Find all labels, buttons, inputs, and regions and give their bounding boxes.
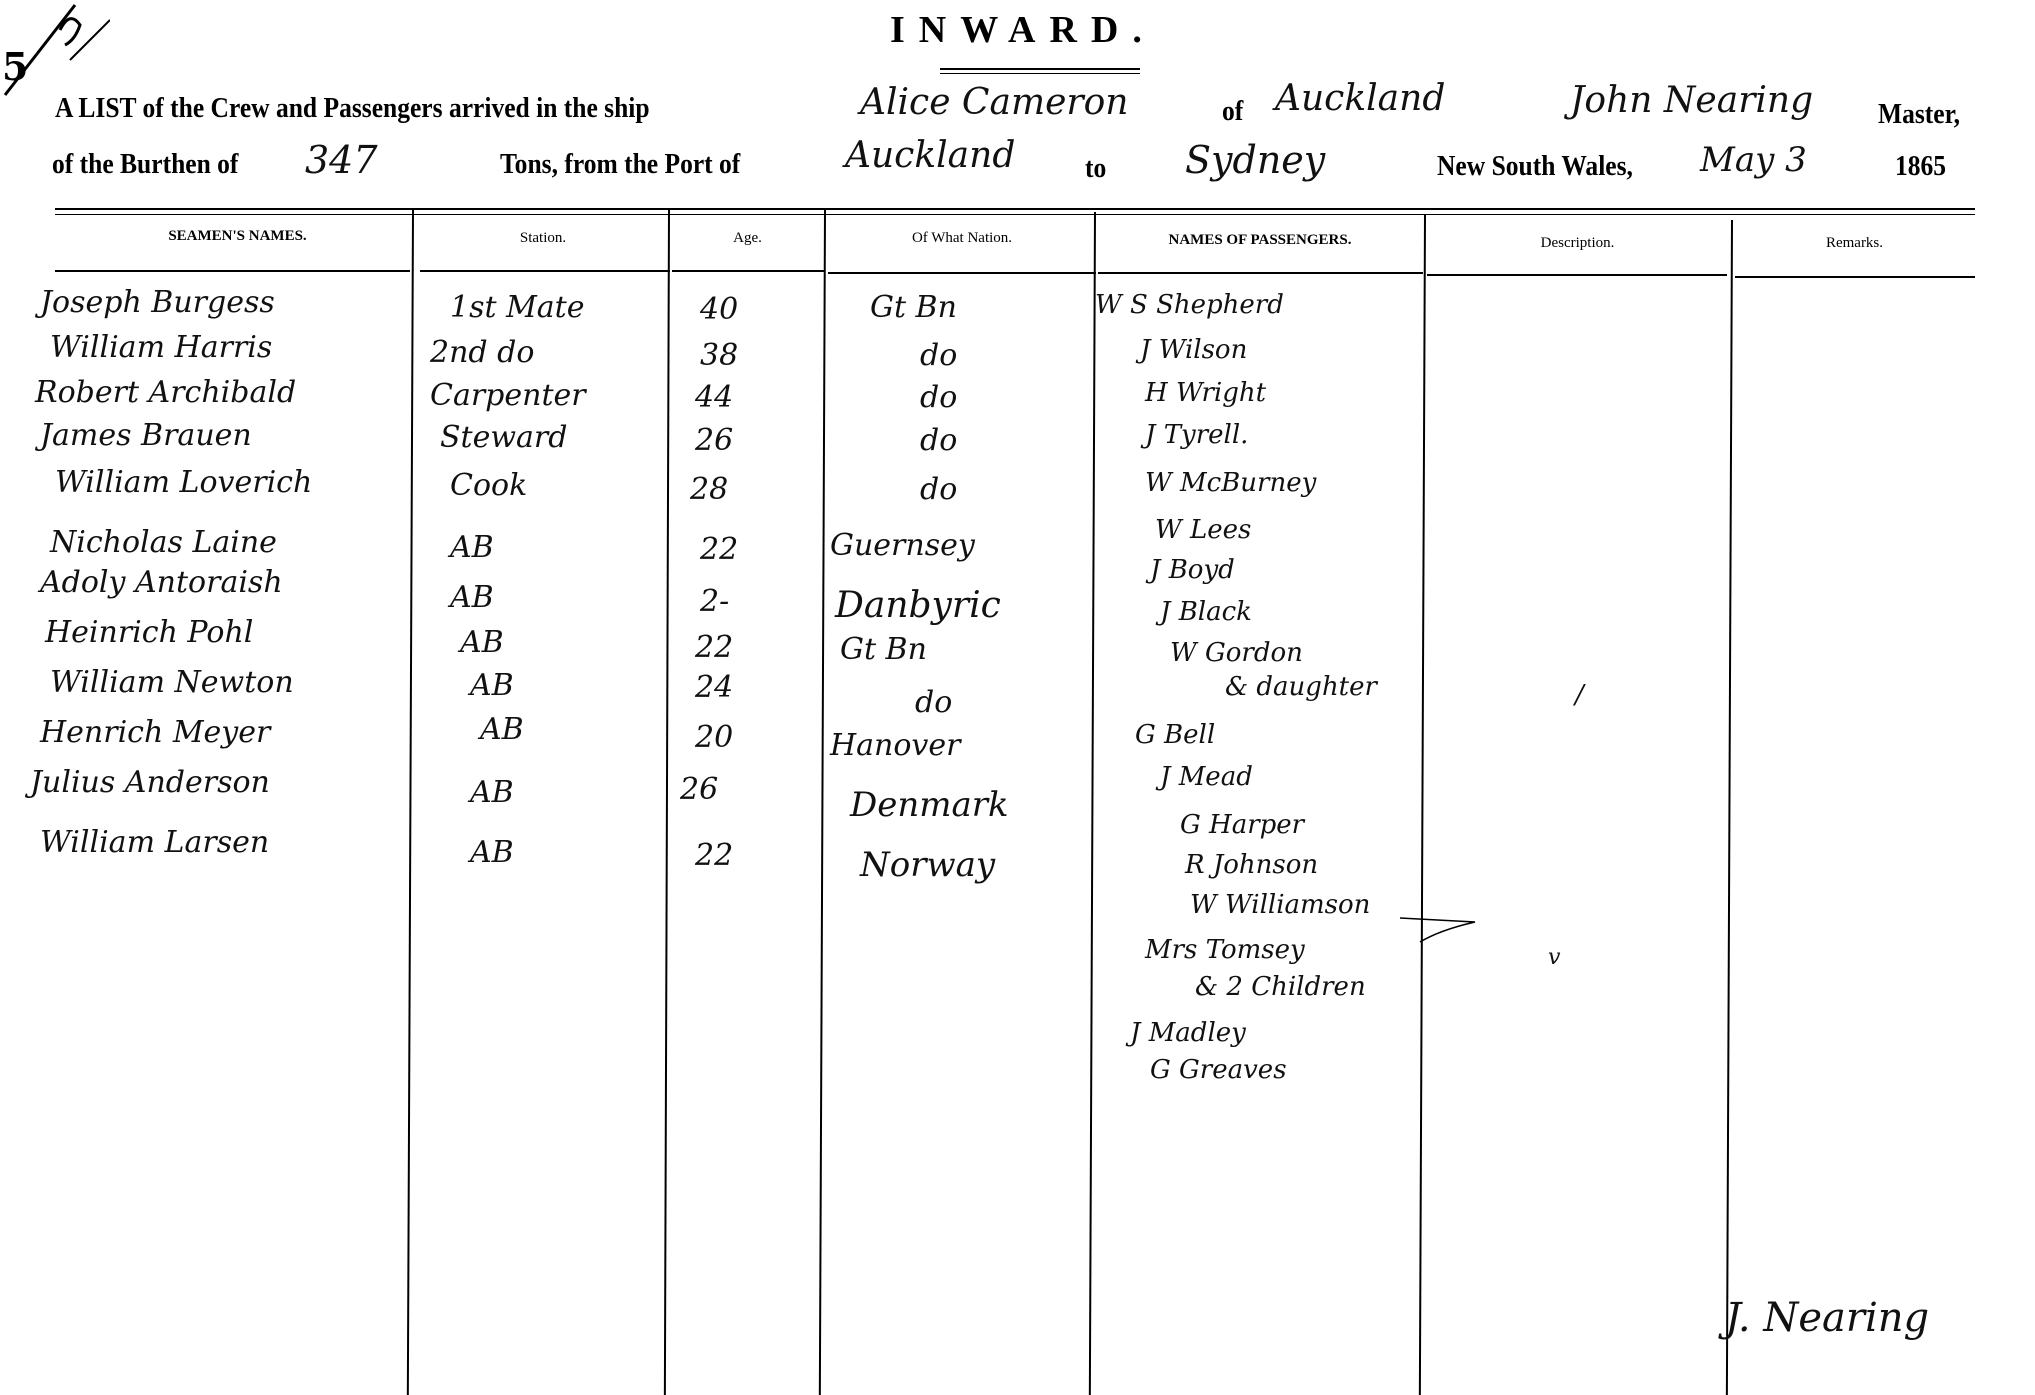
crew-nation: do — [920, 380, 957, 415]
crew-nation: Denmark — [850, 785, 1009, 825]
passenger-name: W Gordon — [1170, 638, 1303, 668]
crew-nation: Danbyric — [835, 585, 1001, 626]
page-title: INWARD. — [890, 8, 1156, 52]
col-rule-remarks — [1735, 276, 1975, 278]
crew-name: Adoly Antoraish — [40, 565, 283, 600]
passenger-name: J Madley — [1130, 1018, 1246, 1048]
col-rule-nation — [828, 272, 1096, 274]
col-rule-passengers — [1098, 272, 1423, 274]
crew-nation: Gt Bn — [840, 632, 927, 667]
col-header-passengers: NAMES OF PASSENGERS. — [1095, 232, 1425, 249]
crew-age: 24 — [695, 670, 733, 705]
passenger-name: J Wilson — [1140, 335, 1247, 365]
to-port-field: Sydney — [1185, 138, 1325, 182]
passenger-name: & daughter — [1225, 672, 1377, 702]
crew-station: Carpenter — [430, 378, 586, 413]
passenger-name: W McBurney — [1145, 468, 1316, 498]
crew-age: 44 — [695, 380, 733, 415]
crew-name: Julius Anderson — [30, 765, 270, 800]
of-label: of — [1222, 95, 1243, 128]
tons-from-port-label: Tons, from the Port of — [500, 148, 740, 181]
col-rule-description — [1427, 274, 1727, 276]
col-divider-4 — [1089, 212, 1096, 1395]
passenger-name: W Williamson — [1190, 890, 1370, 920]
crew-name: William Larsen — [40, 825, 269, 860]
crew-name: Nicholas Laine — [50, 525, 277, 560]
ship-name-field: Alice Cameron — [860, 82, 1128, 123]
crew-nation: Hanover — [830, 728, 960, 763]
crew-station: AB — [470, 668, 514, 703]
title-underline — [940, 68, 1140, 70]
passenger-name: W Lees — [1155, 515, 1251, 545]
crew-age: 38 — [700, 338, 738, 373]
crew-station: AB — [450, 580, 494, 615]
passenger-name: J Tyrell. — [1145, 420, 1248, 450]
ship-port-field: Auckland — [1275, 78, 1445, 119]
crew-age: 26 — [680, 772, 718, 807]
passenger-name: J Mead — [1160, 762, 1253, 792]
crew-nation: Gt Bn — [870, 290, 957, 325]
crew-nation: Guernsey — [830, 528, 975, 563]
crew-name: James Brauen — [40, 418, 252, 453]
passenger-name: J Boyd — [1150, 555, 1235, 585]
col-header-nation: Of What Nation. — [827, 230, 1097, 247]
crew-age: 28 — [690, 472, 728, 507]
crew-age: 22 — [695, 838, 733, 873]
crew-name: Robert Archibald — [35, 375, 296, 410]
list-intro-label: A LIST of the Crew and Passengers arrive… — [55, 92, 650, 125]
crew-station: AB — [460, 625, 504, 660]
passenger-name: W S Shepherd — [1095, 290, 1284, 320]
passenger-name: G Harper — [1180, 810, 1304, 840]
passenger-name: R Johnson — [1185, 850, 1318, 880]
col-divider-1 — [407, 210, 414, 1395]
from-port-field: Auckland — [845, 135, 1015, 176]
crew-name: William Harris — [50, 330, 272, 365]
colony-label: New South Wales, — [1437, 150, 1633, 183]
col-header-seamen: SEAMEN'S NAMES. — [60, 228, 415, 245]
crew-name: Henrich Meyer — [40, 715, 270, 750]
passenger-name: H Wright — [1145, 378, 1266, 408]
col-rule-station — [420, 270, 670, 272]
col-divider-5 — [1419, 215, 1426, 1395]
burthen-value: 347 — [305, 138, 378, 182]
title-underline-thin — [940, 73, 1140, 74]
crew-nation: do — [920, 423, 957, 458]
crew-age: 22 — [695, 630, 733, 665]
bracket-mark — [1400, 900, 1480, 960]
col-divider-6 — [1726, 220, 1733, 1395]
crew-name: William Loverich — [55, 465, 312, 500]
master-label: Master, — [1878, 98, 1960, 131]
crew-age: 20 — [695, 720, 733, 755]
arrival-date-field: May 3 — [1700, 140, 1807, 180]
crew-station: 1st Mate — [450, 290, 585, 325]
crew-station: AB — [450, 530, 494, 565]
crew-station: AB — [480, 712, 524, 747]
crew-nation: do — [920, 338, 957, 373]
description-tick: / — [1575, 680, 1584, 710]
col-header-age: Age. — [670, 230, 825, 247]
col-divider-3 — [819, 210, 826, 1395]
crew-name: Heinrich Pohl — [45, 615, 253, 650]
crew-age: 40 — [700, 292, 738, 327]
burthen-label: of the Burthen of — [52, 148, 238, 181]
crew-station: AB — [470, 775, 514, 810]
to-label: to — [1085, 152, 1106, 185]
crew-station: 2nd do — [430, 335, 534, 370]
passenger-name: Mrs Tomsey — [1145, 935, 1305, 965]
header-rule-thin — [55, 214, 1975, 215]
passenger-name: G Greaves — [1150, 1055, 1287, 1085]
crew-station: Cook — [450, 468, 527, 503]
crew-station: AB — [470, 835, 514, 870]
master-signature: J. Nearing — [1725, 1295, 1929, 1341]
header-rule — [55, 208, 1975, 210]
col-header-remarks: Remarks. — [1732, 235, 1977, 252]
col-divider-2 — [664, 210, 670, 1395]
col-header-description: Description. — [1425, 235, 1730, 252]
svg-text:5: 5 — [2, 44, 28, 89]
crew-nation: Norway — [860, 845, 995, 885]
master-name-field: John Nearing — [1570, 80, 1813, 121]
crew-age: 2- — [700, 584, 729, 619]
col-header-station: Station. — [418, 230, 668, 247]
crew-nation: do — [915, 685, 952, 720]
col-rule-age — [672, 270, 824, 272]
crew-name: William Newton — [50, 665, 294, 700]
passenger-name: G Bell — [1135, 720, 1215, 750]
passenger-name: J Black — [1160, 597, 1252, 627]
crew-nation: do — [920, 472, 957, 507]
crew-age: 22 — [700, 532, 738, 567]
crew-age: 26 — [695, 423, 733, 458]
crew-name: Joseph Burgess — [40, 285, 275, 320]
col-rule-seamen — [55, 270, 410, 272]
passenger-name: & 2 Children — [1195, 972, 1366, 1002]
arrival-year: 1865 — [1895, 150, 1946, 183]
description-tick: v — [1548, 945, 1560, 970]
crew-station: Steward — [440, 420, 567, 455]
